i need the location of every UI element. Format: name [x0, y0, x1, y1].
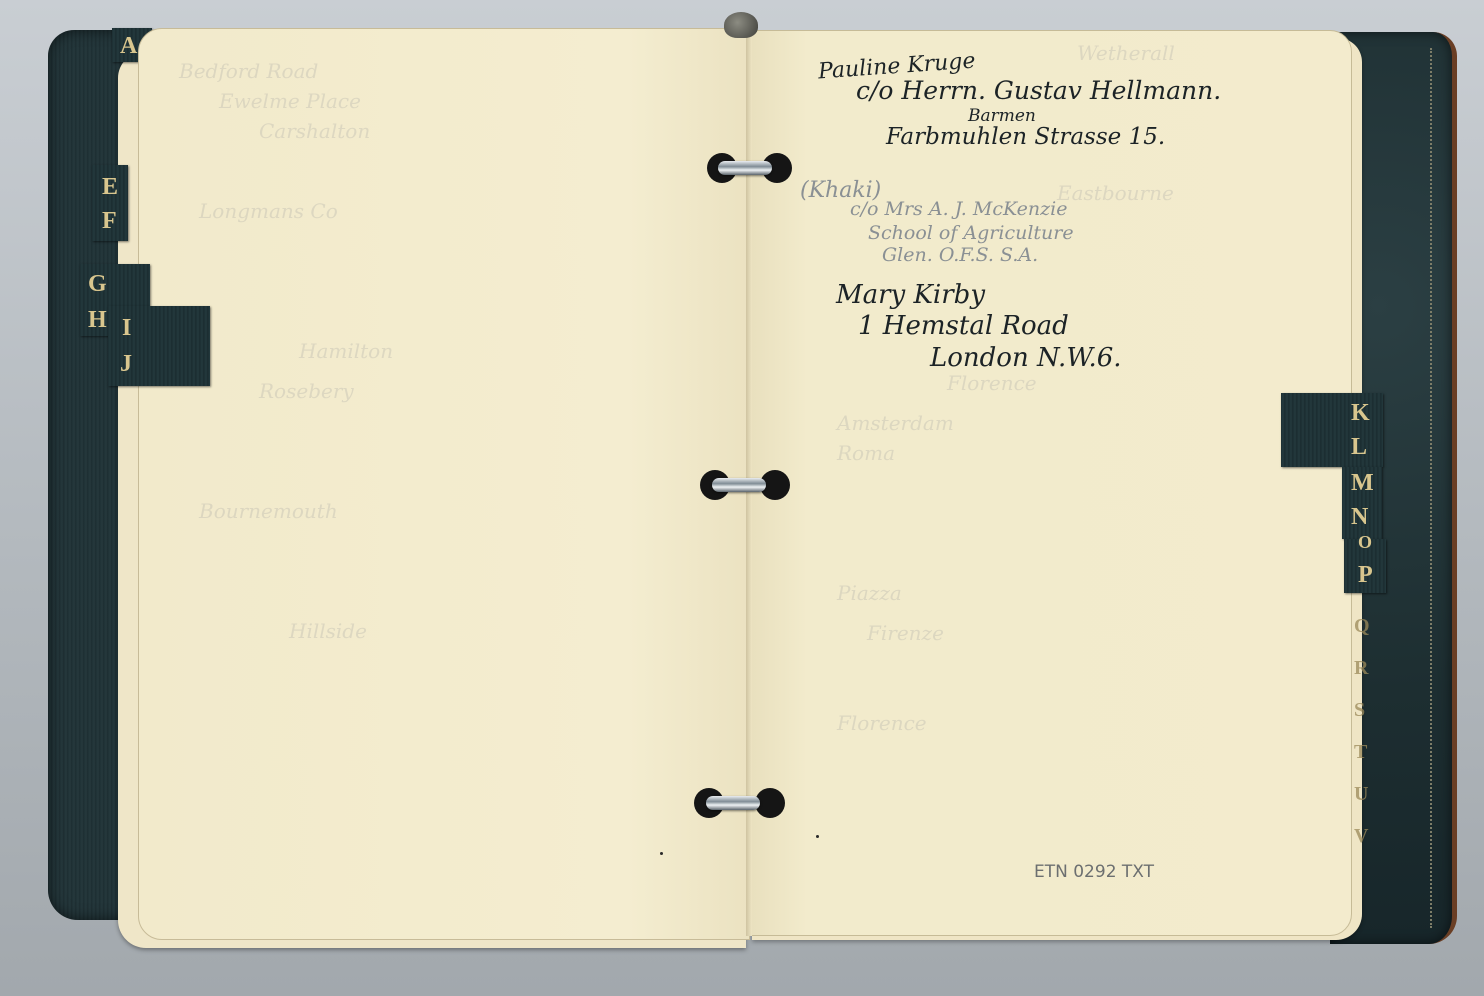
entry-2-care-of: c/o Mrs A. J. McKenzie: [850, 198, 1067, 220]
index-tab-mn[interactable]: M N: [1342, 467, 1382, 539]
ghost-text: Florence: [837, 711, 927, 735]
entry-1-care-of: c/o Herrn. Gustav Hellmann.: [856, 76, 1221, 105]
ghost-text: Roma: [837, 441, 895, 465]
ghost-text: Rosebery: [259, 379, 354, 403]
index-tab-ef[interactable]: E F: [92, 165, 128, 241]
left-page: Bedford Road Ewelme Place Carshalton Lon…: [138, 28, 750, 940]
ghost-text: Bournemouth: [199, 499, 338, 523]
ghost-text: Eastbourne: [1057, 181, 1174, 205]
entry-1-city: Barmen: [968, 106, 1036, 126]
ghost-text: Hamilton: [299, 339, 393, 363]
catalog-mark: ETN 0292 TXT: [1034, 862, 1154, 882]
entry-3-city: London N.W.6.: [930, 343, 1122, 373]
cover-stitching: [1430, 48, 1432, 928]
ghost-text: Carshalton: [259, 119, 370, 143]
ink-dot: [816, 835, 819, 838]
ghost-text: Longmans Co: [199, 199, 338, 223]
ghost-text: Firenze: [867, 621, 944, 645]
ghost-text: Bedford Road: [179, 59, 318, 83]
binder-ring-top: [718, 161, 772, 175]
ghost-text: Ewelme Place: [219, 89, 361, 113]
entry-2-school: School of Agriculture: [868, 222, 1074, 244]
index-tab-kl[interactable]: K L: [1281, 393, 1383, 467]
clasp: [724, 12, 758, 38]
entry-3-name: Mary Kirby: [836, 280, 985, 310]
ghost-text: Hillside: [289, 619, 367, 643]
ghost-text: Wetherall: [1077, 41, 1175, 65]
index-tab-ij[interactable]: I J: [108, 306, 210, 386]
spine-letters: Q R S T U V: [1354, 605, 1374, 855]
binder-ring-bottom: [706, 796, 760, 810]
binder-ring-middle: [712, 478, 766, 492]
entry-2-place: Glen. O.F.S. S.A.: [882, 244, 1038, 266]
entry-3-street: 1 Hemstal Road: [858, 311, 1069, 341]
ghost-text: Florence: [947, 371, 1037, 395]
ink-dot: [660, 852, 663, 855]
ghost-text: Piazza: [837, 581, 902, 605]
index-tab-op[interactable]: O P: [1344, 539, 1386, 593]
right-page: Wetherall Eastbourne Florence Amsterdam …: [746, 30, 1352, 936]
entry-1-street: Farbmuhlen Strasse 15.: [886, 124, 1165, 150]
ghost-text: Amsterdam: [837, 411, 954, 435]
